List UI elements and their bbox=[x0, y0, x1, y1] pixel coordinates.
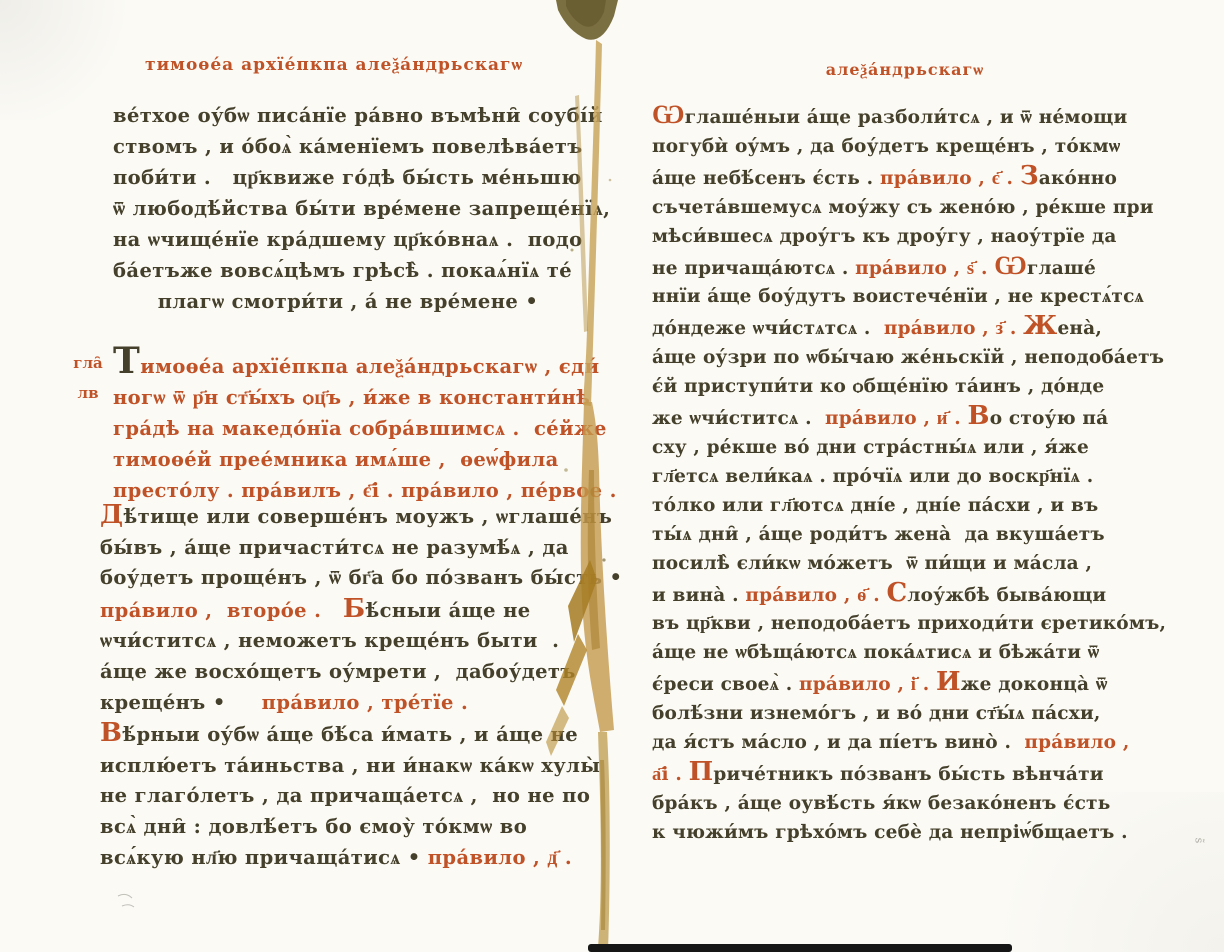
rubric-segment: пра́вило , bbox=[1024, 732, 1129, 753]
text-segment: да я́стъ ма́сло , и да пі́етъ вино̀ . bbox=[652, 732, 1024, 753]
rubricated-initial: П bbox=[689, 757, 714, 787]
text-segment: плагѡ смотри́ти , а́ не вре́мене • bbox=[158, 290, 539, 313]
text-line: до́ндеже ѡчи́стѧтсѧ . пра́вило , з҃ . Же… bbox=[652, 312, 1157, 344]
text-line: Ѡглаше́ныи а́ще разболи́тсѧ , и ѿ не́мощ… bbox=[652, 101, 1157, 133]
pencil-marks bbox=[118, 894, 134, 907]
rubric-segment: имоѳе́а архїе́пкпа алеѯа́ндрьскагѡ , єди… bbox=[140, 355, 599, 378]
text-segment: до́ндеже ѡчи́стѧтсѧ . bbox=[652, 318, 884, 339]
text-segment: сху , ре́кше во́ дни стра́стны́ѧ или , я… bbox=[652, 437, 1089, 458]
text-segment: съчета́вшемусѧ моу́жу съ жено́ю , ре́кше… bbox=[652, 197, 1154, 218]
right-rules-text: Ѡглаше́ныи а́ще разболи́тсѧ , и ѿ не́мощ… bbox=[652, 101, 1157, 848]
text-line: погубѝ оу́мъ , да боу́детъ креще́нъ , то… bbox=[652, 133, 1157, 162]
rubric-segment: тимоѳе́й прее́мника имѧ́ше , ѳеѡ́фила bbox=[113, 448, 559, 471]
text-line: то́лко или гл҃ютсѧ дні́е , дні́е па́схи … bbox=[652, 492, 1157, 521]
text-line: а́ще не ѡбѣща́ютсѧ пока́ѧтисѧ и бѣжа́ти … bbox=[652, 639, 1157, 668]
text-line: к чюжи́мъ грѣхо́мъ себѐ да непріѡ́бщаетъ… bbox=[652, 819, 1157, 848]
text-segment: же ѡчи́ститсѧ . bbox=[652, 408, 825, 429]
text-line: є́й приступи́ти ко ѻбще́нїю та́инъ , до́… bbox=[652, 373, 1157, 402]
text-line: болѣ́зни изнемо́гъ , и во́ дни ст҃ы́ѧ па… bbox=[652, 700, 1157, 729]
folio-mark: ѕ̃ bbox=[1192, 838, 1205, 844]
text-segment: ве́тхое оу́бѡ писа́нїе ра́вно въмѣни̑ со… bbox=[113, 104, 603, 127]
rubric-segment: пра́вило , д҃ . bbox=[428, 846, 572, 869]
text-segment: ѿ любодѣ́йства бы́ти вре́мене запреще́нї… bbox=[113, 197, 610, 220]
text-line: поби́ти . цр҃квиже го́дѣ бы́сть ме́ньшю bbox=[113, 162, 583, 193]
stain-top-blob bbox=[556, 0, 618, 40]
text-segment: ты́ѧ дни̑ , а́ще роди́тъ жена̀ да вкуша́… bbox=[652, 524, 1105, 545]
text-line: а́ще оу́зри по ѡбы́чаю же́ньскїй , непод… bbox=[652, 344, 1157, 373]
rubric-segment: а҃і . bbox=[652, 764, 689, 785]
text-line: а́ще небѣ́сенъ є́сть . пра́вило , є҃ . З… bbox=[652, 162, 1157, 194]
text-line: а҃і . Приче́тникъ по́званъ бы́сть вѣнча́… bbox=[652, 758, 1157, 790]
text-segment: не причаща́ютсѧ . bbox=[652, 258, 855, 279]
text-line: тимоѳе́й прее́мника имѧ́ше , ѳеѡ́фила bbox=[113, 444, 591, 475]
text-line: плагѡ смотри́ти , а́ не вре́мене • bbox=[113, 286, 583, 317]
rubric-segment: гра́дѣ на македо́нїа собра́вшимсѧ . се́й… bbox=[113, 417, 607, 440]
text-line: всѧ̀ дни̑ : довлѣ́етъ бо ємоу̀ то́кмѡ во bbox=[100, 812, 590, 843]
text-line: боу́детъ проще́нъ , ѿ бг҃а бо по́званъ б… bbox=[100, 563, 590, 594]
text-line: да я́стъ ма́сло , и да пі́етъ вино̀ . пр… bbox=[652, 729, 1157, 758]
text-segment: то́лко или гл҃ютсѧ дні́е , дні́е па́схи … bbox=[652, 495, 1098, 516]
text-segment: а́ще же восхо́щетъ оу́мрети , дабоу́детъ bbox=[100, 660, 576, 683]
text-segment: ѣ́сныи а́ще не bbox=[366, 599, 531, 622]
text-line: не причаща́ютсѧ . пра́вило , ѕ҃ . Ѡглаше… bbox=[652, 252, 1157, 284]
text-segment: въ цр҃кви , неподоба́етъ приходи́ти єрет… bbox=[652, 613, 1166, 634]
text-segment: ба́етъже вовсѧ́цѣмъ грѣсѣ̀ . покаѧ́нїѧ т… bbox=[113, 259, 572, 282]
text-line: ты́ѧ дни̑ , а́ще роди́тъ жена̀ да вкуша́… bbox=[652, 521, 1157, 550]
text-line: бы́въ , а́ще причасти́тсѧ не разумѣ́ѧ , … bbox=[100, 533, 590, 564]
text-segment: лоу́жбѣ быва́ющи bbox=[907, 585, 1106, 606]
scanned-book-spread: { "colors": { "paper": "#fbfaf5", "ink":… bbox=[0, 0, 1224, 952]
text-line: исплю́етъ та́иньства , ни и́накѡ ка́кѡ х… bbox=[100, 751, 590, 782]
text-segment: поби́ти . цр҃квиже го́дѣ бы́сть ме́ньшю bbox=[113, 166, 582, 189]
running-header-left: тимоѳе́а архїе́пкпа алеѯа́ндрьскагѡ bbox=[108, 55, 560, 75]
text-segment: ена̀, bbox=[1057, 318, 1102, 339]
text-segment: же доконца̀ ѿ bbox=[961, 674, 1108, 695]
text-segment: всѧ́кую нл҃ю причаща́тисѧ • bbox=[100, 846, 428, 869]
left-intro-paragraph: ве́тхое оу́бѡ писа́нїе ра́вно въмѣни̑ со… bbox=[113, 100, 583, 317]
text-segment: глаше́ныи а́ще разболи́тсѧ , и ѿ не́мощи bbox=[685, 107, 1128, 128]
text-line: пра́вило , второ́е . Бѣ́сныи а́ще не bbox=[100, 594, 590, 627]
text-line: всѧ́кую нл҃ю причаща́тисѧ • пра́вило , д… bbox=[100, 843, 590, 874]
text-line: ве́тхое оу́бѡ писа́нїе ра́вно въмѣни̑ со… bbox=[113, 100, 583, 131]
text-line: бра́къ , а́ще оувѣ́сть я́кѡ безако́ненъ … bbox=[652, 790, 1157, 819]
text-segment: исплю́етъ та́иньства , ни и́накѡ ка́кѡ х… bbox=[100, 754, 600, 777]
stain-top-blob-core bbox=[566, 0, 606, 27]
text-segment: бра́къ , а́ще оувѣ́сть я́кѡ безако́ненъ … bbox=[652, 793, 1110, 814]
text-segment: є́й приступи́ти ко ѻбще́нїю та́инъ , до́… bbox=[652, 376, 1104, 397]
text-segment: и вина̀ . bbox=[652, 585, 745, 606]
text-segment: всѧ̀ дни̑ : довлѣ́етъ бо ємоу̀ то́кмѡ во bbox=[100, 815, 527, 838]
text-segment: к чюжи́мъ грѣхо́мъ себѐ да непріѡ́бщаетъ… bbox=[652, 822, 1128, 843]
rubricated-initial: И bbox=[936, 667, 961, 697]
text-line: мѣси́вшесѧ дроу́гъ къ дроу́гу , наоу́трї… bbox=[652, 223, 1157, 252]
text-line: ствомъ , и о́боѧ̀ ка́менїемъ повелѣва́ет… bbox=[113, 131, 583, 162]
text-segment: риче́тникъ по́званъ бы́сть вѣнча́ти bbox=[713, 764, 1103, 785]
text-segment: боу́детъ проще́нъ , ѿ бг҃а бо по́званъ б… bbox=[100, 566, 622, 589]
rubric-segment: пра́вило , і҃ . bbox=[799, 674, 936, 695]
text-line: въ цр҃кви , неподоба́етъ приходи́ти єрет… bbox=[652, 610, 1157, 639]
rubric-segment: пра́вило , и҃ . bbox=[825, 408, 968, 429]
text-line: Вѣ́рныи оу́бѡ а́ще бѣ́са и́мать , и а́ще… bbox=[100, 718, 590, 751]
stain-speckle bbox=[602, 558, 605, 561]
rubricated-initial: В bbox=[100, 718, 122, 748]
text-segment: є́реси своеѧ̀ . bbox=[652, 674, 799, 695]
text-segment: ствомъ , и о́боѧ̀ ка́менїемъ повелѣва́ет… bbox=[113, 135, 583, 158]
rubric-segment: престо́лу . пра́вилъ , є҃і . пра́вило , … bbox=[113, 479, 617, 502]
text-segment: бы́въ , а́ще причасти́тсѧ не разумѣ́ѧ , … bbox=[100, 536, 569, 559]
rubricated-initial: Ж bbox=[1023, 311, 1057, 341]
text-segment: ако́нно bbox=[1039, 168, 1117, 189]
text-segment: ѣ́тище или соверше́нъ моужъ , ѡглаше́нъ bbox=[124, 505, 613, 528]
text-segment: не глаго́летъ , да причаща́етсѧ , но не … bbox=[100, 784, 590, 807]
text-line: сху , ре́кше во́ дни стра́стны́ѧ или , я… bbox=[652, 434, 1157, 463]
text-line: не глаго́летъ , да причаща́етсѧ , но не … bbox=[100, 781, 590, 812]
text-segment: погубѝ оу́мъ , да боу́детъ креще́нъ , то… bbox=[652, 136, 1120, 157]
text-line: на ѡчище́нїе кра́дшему цр҃ко́внаѧ . подо bbox=[113, 224, 583, 255]
text-line: креще́нъ • пра́вило , тре́тїе . bbox=[100, 688, 590, 719]
margin-chapter-number: лв bbox=[68, 378, 108, 408]
text-segment: креще́нъ • bbox=[100, 691, 262, 714]
text-line: Тимоѳе́а архїе́пкпа алеѯа́ндрьскагѡ , єд… bbox=[113, 346, 591, 382]
text-segment: а́ще не ѡбѣща́ютсѧ пока́ѧтисѧ и бѣжа́ти … bbox=[652, 642, 1099, 663]
text-segment: на ѡчище́нїе кра́дшему цр҃ко́внаѧ . подо bbox=[113, 228, 583, 251]
margin-chapter-note: гла̑ лв bbox=[68, 348, 108, 408]
text-segment: ѣ́рныи оу́бѡ а́ще бѣ́са и́мать , и а́ще … bbox=[122, 723, 578, 746]
text-line: съчета́вшемусѧ моу́жу съ жено́ю , ре́кше… bbox=[652, 194, 1157, 223]
rubric-segment: пра́вило , тре́тїе . bbox=[262, 691, 468, 714]
text-line: гра́дѣ на македо́нїа собра́вшимсѧ . се́й… bbox=[113, 413, 591, 444]
rubricated-initial: Т bbox=[113, 340, 140, 382]
stain-speckle bbox=[609, 179, 612, 182]
rubricated-initial: Ѡ bbox=[994, 251, 1027, 281]
rubricated-initial: Б bbox=[343, 594, 366, 624]
text-line: же ѡчи́ститсѧ . пра́вило , и҃ . Во стоу́… bbox=[652, 402, 1157, 434]
rubricated-initial: Д bbox=[100, 500, 124, 530]
text-line: и вина̀ . пра́вило , ѳ҃ . Слоу́жбѣ быва́… bbox=[652, 579, 1157, 611]
left-rules-text: Дѣ́тище или соверше́нъ моужъ , ѡглаше́нъ… bbox=[100, 500, 590, 873]
chapter-heading: Тимоѳе́а архїе́пкпа алеѯа́ндрьскагѡ , єд… bbox=[113, 346, 591, 506]
stain-streak-lower-core bbox=[600, 760, 606, 930]
rubric-segment: ногѡ ѿ р҃н ст҃ы́хъ ѻц҃ъ , и́же в констан… bbox=[113, 386, 590, 409]
text-segment: болѣ́зни изнемо́гъ , и во́ дни ст҃ы́ѧ па… bbox=[652, 703, 1101, 724]
text-line: ѡчи́ститсѧ , неможетъ креще́нъ быти . bbox=[100, 626, 590, 657]
text-line: Дѣ́тище или соверше́нъ моужъ , ѡглаше́нъ bbox=[100, 500, 590, 533]
text-segment: посилѣ̀ єли́кѡ мо́жетъ ѿ пи́щи и ма́сла … bbox=[652, 553, 1092, 574]
text-segment: а́ще небѣ́сенъ є́сть . bbox=[652, 168, 880, 189]
scan-black-strip bbox=[588, 944, 1012, 952]
rubricated-initial: Ѡ bbox=[652, 100, 685, 130]
margin-chapter-word: гла̑ bbox=[68, 348, 108, 378]
text-segment: гл҃етсѧ вели́каѧ . про́чїѧ или до воскр҃… bbox=[652, 466, 1093, 487]
text-segment: глаше́ bbox=[1027, 258, 1096, 279]
text-segment: ннїи а́ще боу́дутъ воистече́нїи , не кре… bbox=[652, 286, 1144, 307]
rubric-segment: пра́вило , ѕ҃ . bbox=[855, 258, 994, 279]
text-segment bbox=[321, 599, 343, 622]
rubric-segment: пра́вило , второ́е . bbox=[100, 599, 321, 622]
text-line: гл҃етсѧ вели́каѧ . про́чїѧ или до воскр҃… bbox=[652, 463, 1157, 492]
text-segment: ѡчи́ститсѧ , неможетъ креще́нъ быти . bbox=[100, 629, 559, 652]
text-line: ннїи а́ще боу́дутъ воистече́нїи , не кре… bbox=[652, 283, 1157, 312]
text-segment: о стоу́ю па́ bbox=[990, 408, 1109, 429]
text-segment: мѣси́вшесѧ дроу́гъ къ дроу́гу , наоу́трї… bbox=[652, 226, 1117, 247]
rubricated-initial: С bbox=[887, 578, 908, 608]
running-header-right: алеѯа́ндрьскагѡ bbox=[690, 60, 1120, 80]
rubric-segment: пра́вило , є҃ . bbox=[880, 168, 1020, 189]
rubricated-initial: В bbox=[968, 401, 990, 431]
text-line: ногѡ ѿ р҃н ст҃ы́хъ ѻц҃ъ , и́же в констан… bbox=[113, 382, 591, 413]
rubric-segment: пра́вило , ѳ҃ . bbox=[745, 585, 886, 606]
text-line: а́ще же восхо́щетъ оу́мрети , дабоу́детъ bbox=[100, 657, 590, 688]
rubricated-initial: З bbox=[1020, 161, 1039, 191]
rubric-segment: пра́вило , з҃ . bbox=[884, 318, 1023, 339]
text-line: посилѣ̀ єли́кѡ мо́жетъ ѿ пи́щи и ма́сла … bbox=[652, 550, 1157, 579]
text-line: є́реси своеѧ̀ . пра́вило , і҃ . Иже доко… bbox=[652, 668, 1157, 700]
text-line: ѿ любодѣ́йства бы́ти вре́мене запреще́нї… bbox=[113, 193, 583, 224]
text-segment: а́ще оу́зри по ѡбы́чаю же́ньскїй , непод… bbox=[652, 347, 1164, 368]
text-line: ба́етъже вовсѧ́цѣмъ грѣсѣ̀ . покаѧ́нїѧ т… bbox=[113, 255, 583, 286]
